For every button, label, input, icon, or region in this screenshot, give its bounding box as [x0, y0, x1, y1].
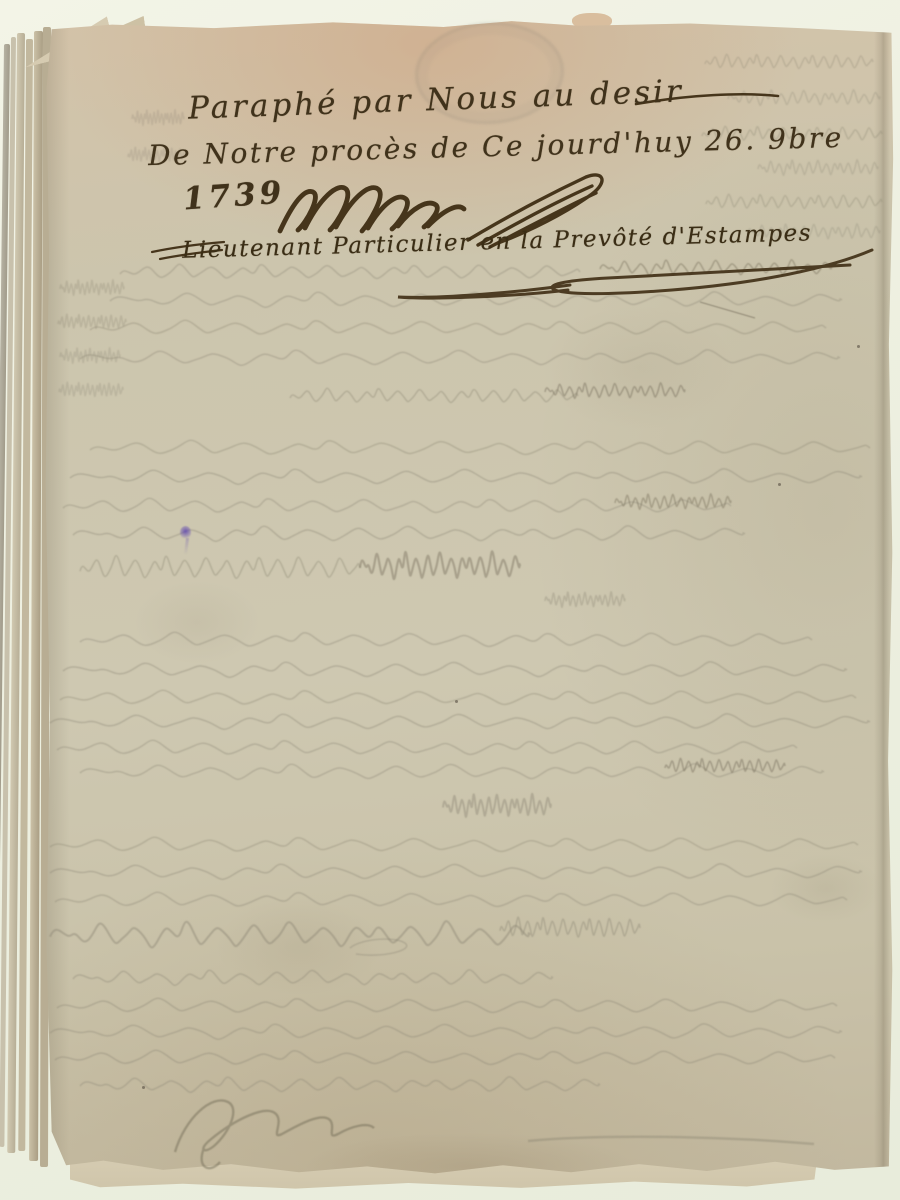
ink-speck [142, 1086, 145, 1089]
ink-speck [455, 700, 458, 703]
scanned-manuscript-page: Paraphé par Nous au desir De Notre procè… [0, 0, 900, 1200]
inscription-year: 1739 [182, 174, 287, 217]
crease-line [874, 20, 890, 1178]
ink-speck [857, 345, 860, 348]
document-page [44, 20, 894, 1178]
ink-speck [778, 483, 781, 486]
